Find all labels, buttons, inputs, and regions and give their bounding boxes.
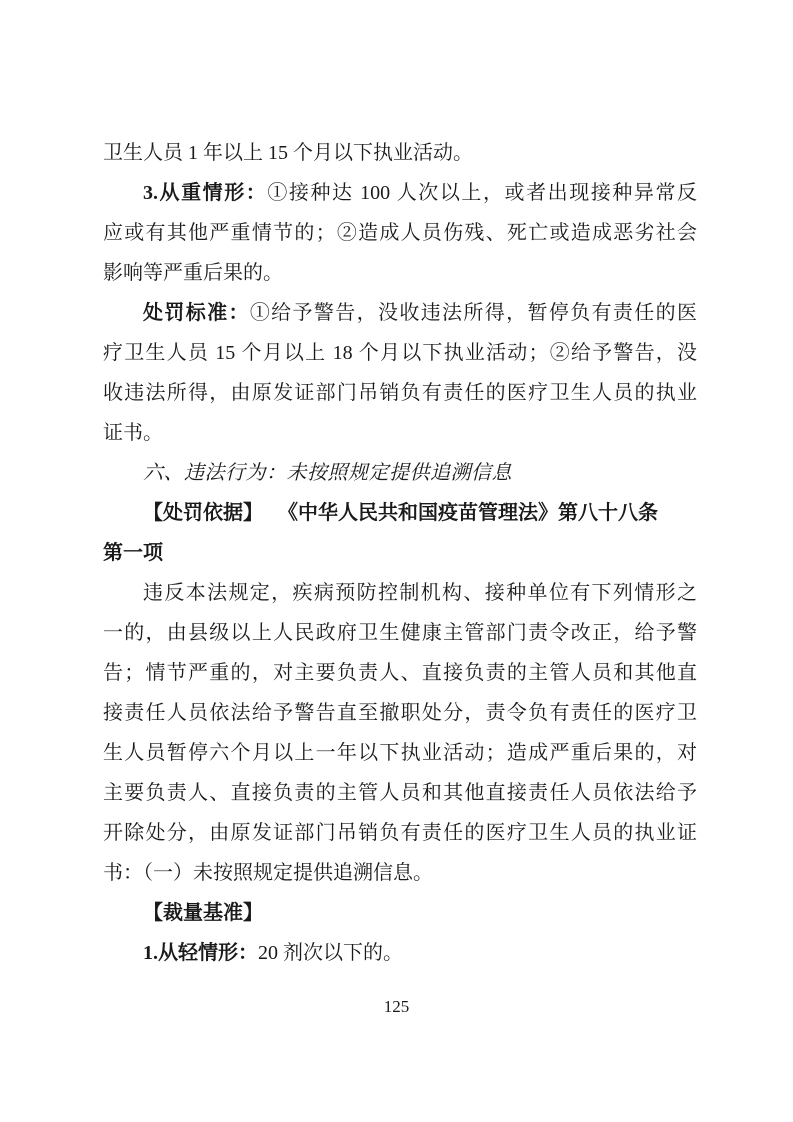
text-segment: 1.从轻情形： [143,942,258,964]
text-line: 3.从重情形：①接种达 100 人次以上，或者出现接种异常反 [103,173,697,213]
text-segment: 证书。 [103,422,163,444]
text-segment: 卫生人员 1 年以上 15 个月以下执业活动。 [103,142,473,164]
text-line: 一的，由县级以上人民政府卫生健康主管部门责令改正，给予警 [103,613,697,653]
text-segment: 开除处分，由原发证部门吊销负有责任的医疗卫生人员的执业证 [103,822,697,844]
text-segment: 【裁量基准】 [143,902,263,924]
text-segment: 六、违法行为：未按照规定提供追溯信息 [143,462,512,484]
text-segment: 收违法所得，由原发证部门吊销负有责任的医疗卫生人员的执业 [103,382,697,404]
text-line: 第一项 [103,533,697,573]
text-line: 卫生人员 1 年以上 15 个月以下执业活动。 [103,133,697,173]
page-number: 125 [0,995,793,1019]
text-segment: 第一项 [103,542,163,564]
text-line: 处罚标准：①给予警告，没收违法所得，暂停负有责任的医 [103,293,697,333]
text-line: 收违法所得，由原发证部门吊销负有责任的医疗卫生人员的执业 [103,373,697,413]
text-segment: 违反本法规定，疾病预防控制机构、接种单位有下列情形之 [143,582,697,604]
text-segment: 3.从重情形： [143,182,267,204]
text-line: 开除处分，由原发证部门吊销负有责任的医疗卫生人员的执业证 [103,813,697,853]
text-line: 接责任人员依法给予警告直至撤职处分，责令负有责任的医疗卫 [103,693,697,733]
text-segment: ①接种达 100 人次以上，或者出现接种异常反 [267,182,697,204]
text-segment: 主要负责人、直接负责的主管人员和其他直接责任人员依法给予 [103,782,697,804]
text-line: 生人员暂停六个月以上一年以下执业活动；造成严重后果的，对 [103,733,697,773]
text-line: 证书。 [103,413,697,453]
text-line: 书：（一）未按照规定提供追溯信息。 [103,853,697,893]
text-line: 主要负责人、直接负责的主管人员和其他直接责任人员依法给予 [103,773,697,813]
text-segment: 20 剂次以下的。 [258,942,403,964]
text-line: 影响等严重后果的。 [103,253,697,293]
text-line: 1.从轻情形：20 剂次以下的。 [103,933,697,973]
text-segment: 书：（一）未按照规定提供追溯信息。 [103,862,433,884]
text-line: 疗卫生人员 15 个月以上 18 个月以下执业活动；②给予警告，没 [103,333,697,373]
document-body: 卫生人员 1 年以上 15 个月以下执业活动。3.从重情形：①接种达 100 人… [103,133,697,973]
text-segment: 《中华人民共和国疫苗管理法》第八十八条 [288,502,658,524]
text-segment: 处罚标准： [143,302,250,324]
text-segment: 一的，由县级以上人民政府卫生健康主管部门责令改正，给予警 [103,622,697,644]
text-segment: 告；情节严重的，对主要负责人、直接负责的主管人员和其他直 [103,662,697,684]
text-line: 应或有其他严重情节的；②造成人员伤残、死亡或造成恶劣社会 [103,213,697,253]
text-line: 六、违法行为：未按照规定提供追溯信息 [103,453,697,493]
text-line: 违反本法规定，疾病预防控制机构、接种单位有下列情形之 [103,573,697,613]
text-line: 告；情节严重的，对主要负责人、直接负责的主管人员和其他直 [103,653,697,693]
document-page: 卫生人员 1 年以上 15 个月以下执业活动。3.从重情形：①接种达 100 人… [0,0,793,1122]
text-segment: 生人员暂停六个月以上一年以下执业活动；造成严重后果的，对 [103,742,697,764]
text-segment: ①给予警告，没收违法所得，暂停负有责任的医 [250,302,697,324]
text-line: 【处罚依据】《中华人民共和国疫苗管理法》第八十八条 [103,493,697,533]
text-segment: 影响等严重后果的。 [103,262,283,284]
text-segment: 接责任人员依法给予警告直至撤职处分，责令负有责任的医疗卫 [103,702,697,724]
text-segment: 【处罚依据】 [143,502,263,524]
text-segment: 应或有其他严重情节的；②造成人员伤残、死亡或造成恶劣社会 [103,222,697,244]
text-segment: 疗卫生人员 15 个月以上 18 个月以下执业活动；②给予警告，没 [103,342,697,364]
text-line: 【裁量基准】 [103,893,697,933]
